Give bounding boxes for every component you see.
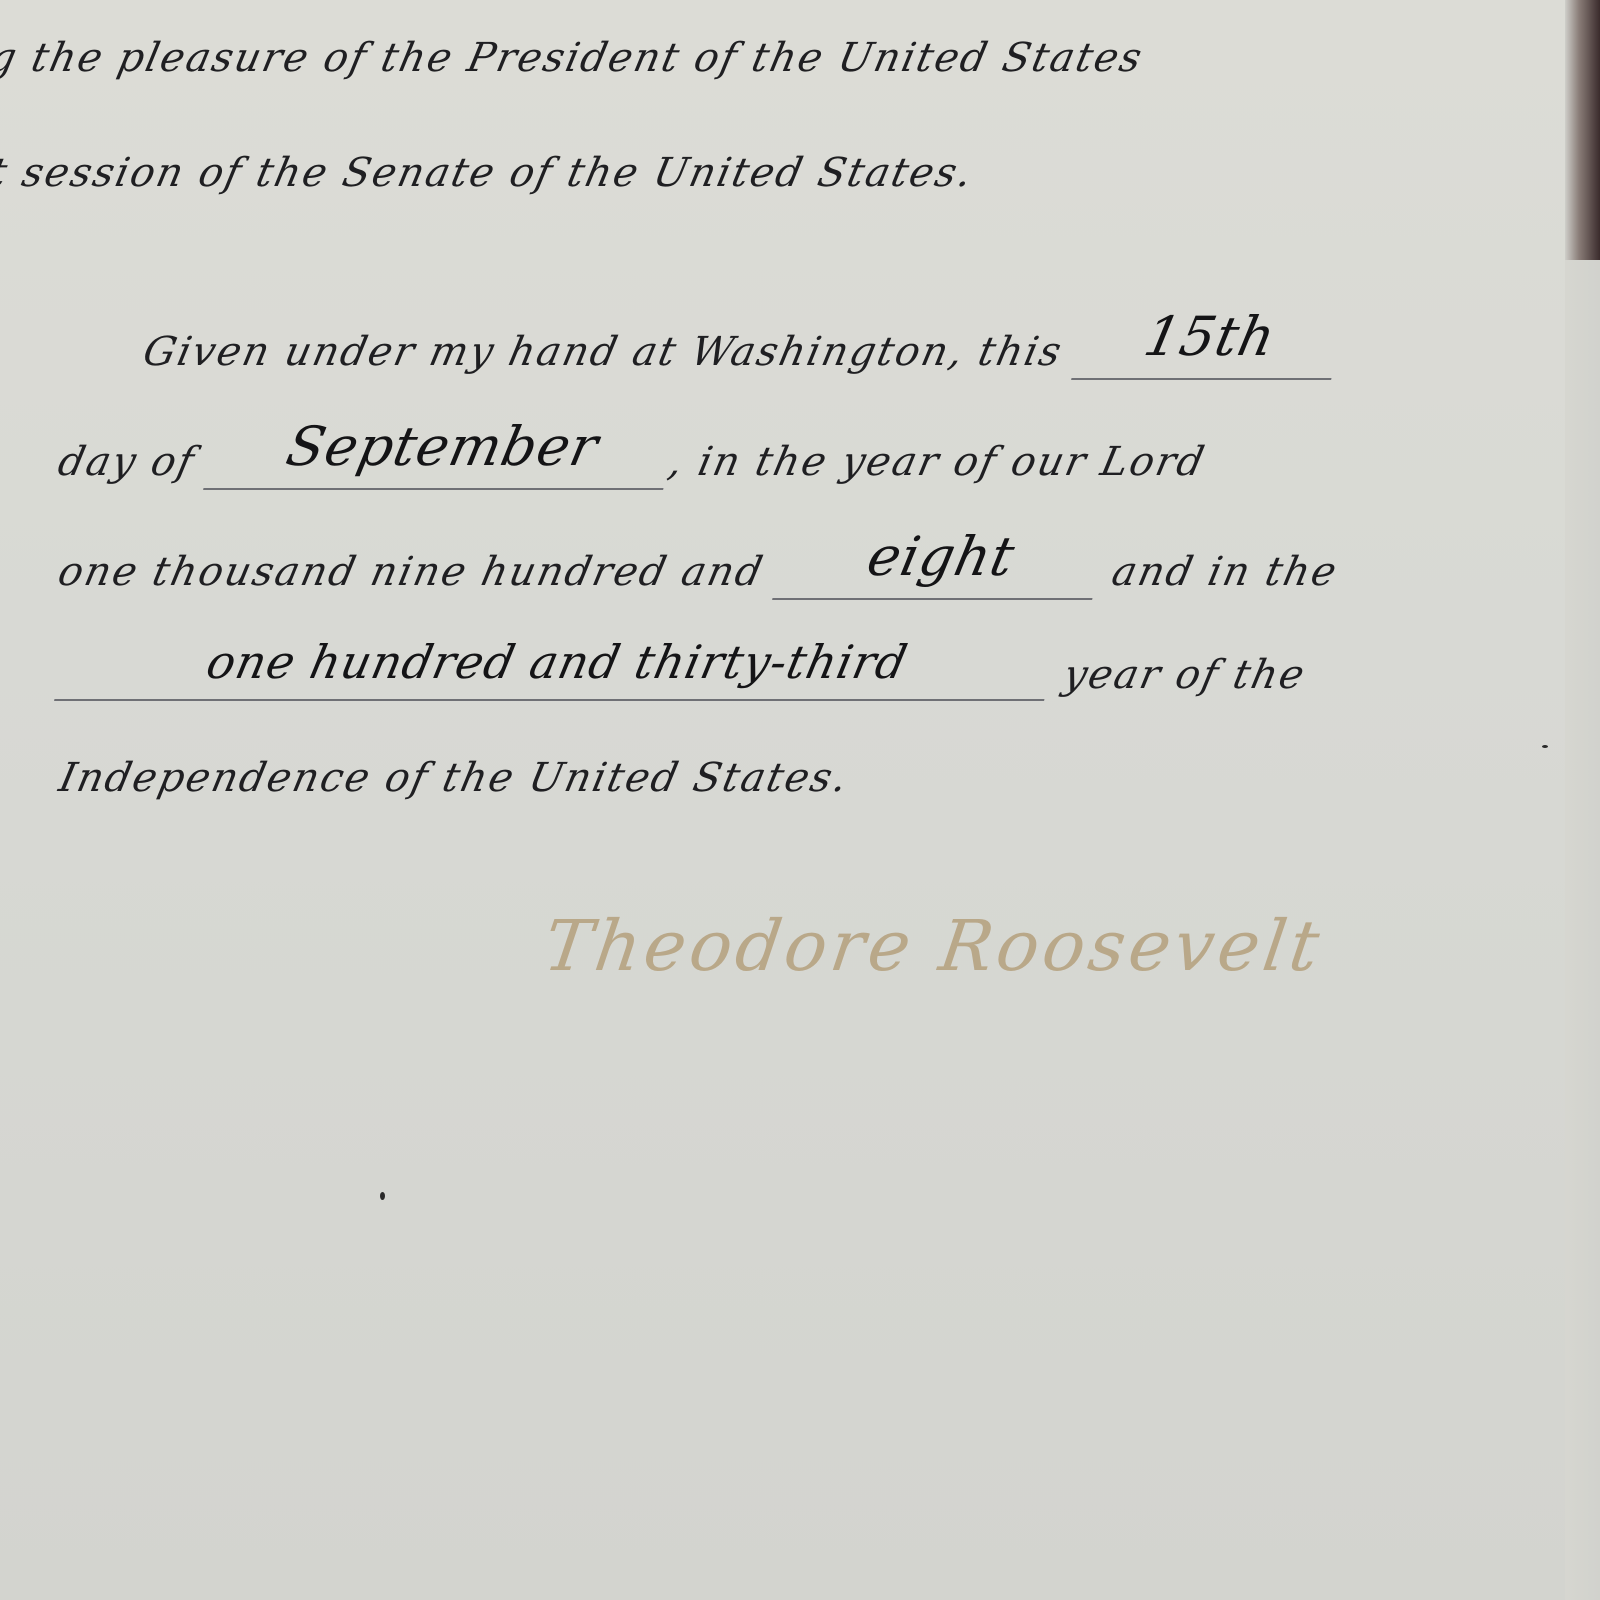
- text-senate-session: t session of the Senate of the United St…: [0, 150, 978, 196]
- text-line-given: Given under my hand at Washington, this …: [138, 315, 1345, 380]
- month-field: September: [203, 425, 677, 490]
- handwritten-month: September: [281, 415, 604, 478]
- handwritten-independence-year: one hundred and thirty-third: [202, 635, 912, 689]
- text-president-pleasure: g the pleasure of the President of the U…: [0, 35, 1148, 81]
- text-line-president: g the pleasure of the President of the U…: [0, 35, 1148, 81]
- handwritten-year: eight: [862, 525, 1021, 588]
- document-paper: g the pleasure of the President of the U…: [0, 0, 1565, 1600]
- text-day-of: day of: [54, 439, 199, 485]
- text-line-month: day of September , in the year of our Lo…: [53, 425, 1213, 490]
- ink-speck: [1542, 745, 1548, 748]
- text-given-under-hand: Given under my hand at Washington, this: [139, 329, 1067, 375]
- frame-edge: [1565, 260, 1600, 1600]
- text-line-independence-year: one hundred and thirty-third year of the: [54, 645, 1312, 701]
- ink-speck: [380, 1192, 385, 1200]
- text-year-of-the: year of the: [1059, 652, 1310, 698]
- day-field: 15th: [1071, 315, 1345, 380]
- text-year-of-our-lord: , in the year of our Lord: [665, 439, 1210, 485]
- text-and-in-the: and in the: [1108, 549, 1342, 595]
- signature: Theodore Roosevelt: [539, 905, 1328, 987]
- frame-edge: [1565, 0, 1600, 260]
- year-field: eight: [772, 535, 1106, 600]
- text-line-senate: t session of the Senate of the United St…: [0, 150, 978, 196]
- text-line-independence: Independence of the United States.: [55, 755, 853, 801]
- text-independence-of-us: Independence of the United States.: [55, 755, 853, 801]
- text-line-year: one thousand nine hundred and eight and …: [53, 535, 1345, 600]
- handwritten-day: 15th: [1139, 305, 1282, 368]
- independence-year-field: one hundred and thirty-third: [54, 645, 1056, 701]
- text-one-thousand-nine-hundred: one thousand nine hundred and: [54, 549, 768, 595]
